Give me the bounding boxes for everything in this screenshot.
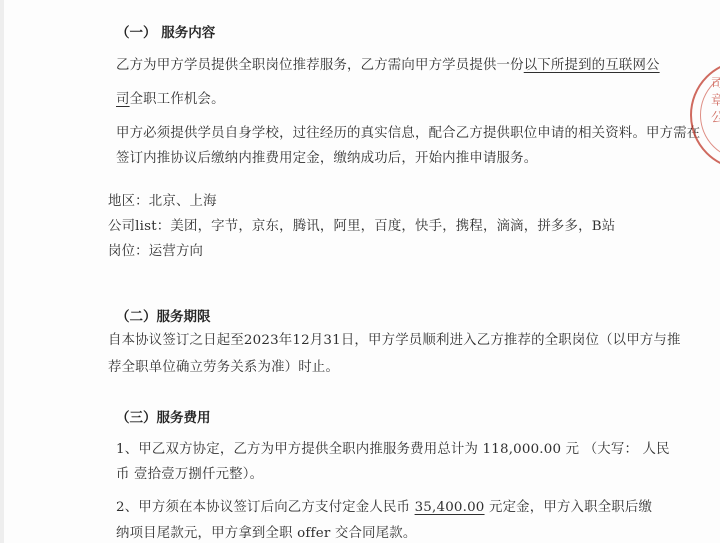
fee-item-2-line-2: 纳项目尾款元，甲方拿到全职 offer 交合同尾款。: [116, 522, 416, 541]
section-3-heading: （三）服务费用: [116, 406, 211, 426]
section-1-paragraph-1-line-1: 乙方为甲方学员提供全职岗位推荐服务，乙方需向甲方学员提供一份以下所提到的互联网公: [116, 54, 660, 73]
fee-item-1-line-2: 币 壹拾壹万捌仟元整）。: [116, 463, 263, 482]
text-run: 乙方为甲方学员提供全职岗位推荐服务，乙方需向甲方学员提供一份: [116, 58, 524, 73]
underlined-text: 司: [116, 92, 130, 107]
section-1-paragraph-2-line-1: 甲方必须提供学员自身学校，过往经历的真实信息，配合乙方提供职位申请的相关资料。甲…: [116, 122, 700, 141]
section-2-line-2: 荐全职单位确立劳务关系为准）时止。: [108, 356, 339, 375]
position-line: 岗位：运营方向: [108, 240, 203, 259]
company-seal-stamp: 司 章 公: [690, 60, 720, 170]
deposit-amount: 35,400.00: [415, 500, 485, 515]
region-line: 地区：北京、上海: [108, 190, 217, 209]
document-page: （一） 服务内容 乙方为甲方学员提供全职岗位推荐服务，乙方需向甲方学员提供一份以…: [0, 0, 720, 543]
section-2-heading: （二）服务期限: [116, 305, 211, 325]
fee-item-2-line-1: 2、甲方须在本协议签订后向乙方支付定金人民币 35,400.00 元定金，甲方入…: [116, 496, 652, 515]
fee-item-1-line-1: 1、甲乙双方协定，乙方为甲方提供全职内推服务费用总计为 118,000.00 元…: [116, 438, 670, 457]
text-run: 全职工作机会。: [130, 92, 225, 107]
section-2-line-1: 自本协议签订之日起至2023年12月31日，甲方学员顺利进入乙方推荐的全职岗位（…: [108, 329, 681, 348]
section-1-paragraph-1-line-2: 司全职工作机会。: [116, 88, 225, 107]
section-1-heading: （一） 服务内容: [116, 21, 215, 41]
section-1-paragraph-2-line-2: 签订内推协议后缴纳内推费用定金，缴纳成功后，开始内推申请服务。: [116, 147, 537, 166]
company-list-line: 公司list：美团，字节，京东，腾讯，阿里，百度，快手，携程，滴滴，拼多多，B站: [108, 215, 615, 234]
text-run: 元定金，甲方入职全职后缴: [485, 500, 653, 515]
seal-text: 司 章 公: [702, 76, 720, 123]
text-run: 2、甲方须在本协议签订后向乙方支付定金人民币: [116, 500, 415, 515]
underlined-text: 以下所提到的互联网公: [524, 58, 660, 73]
